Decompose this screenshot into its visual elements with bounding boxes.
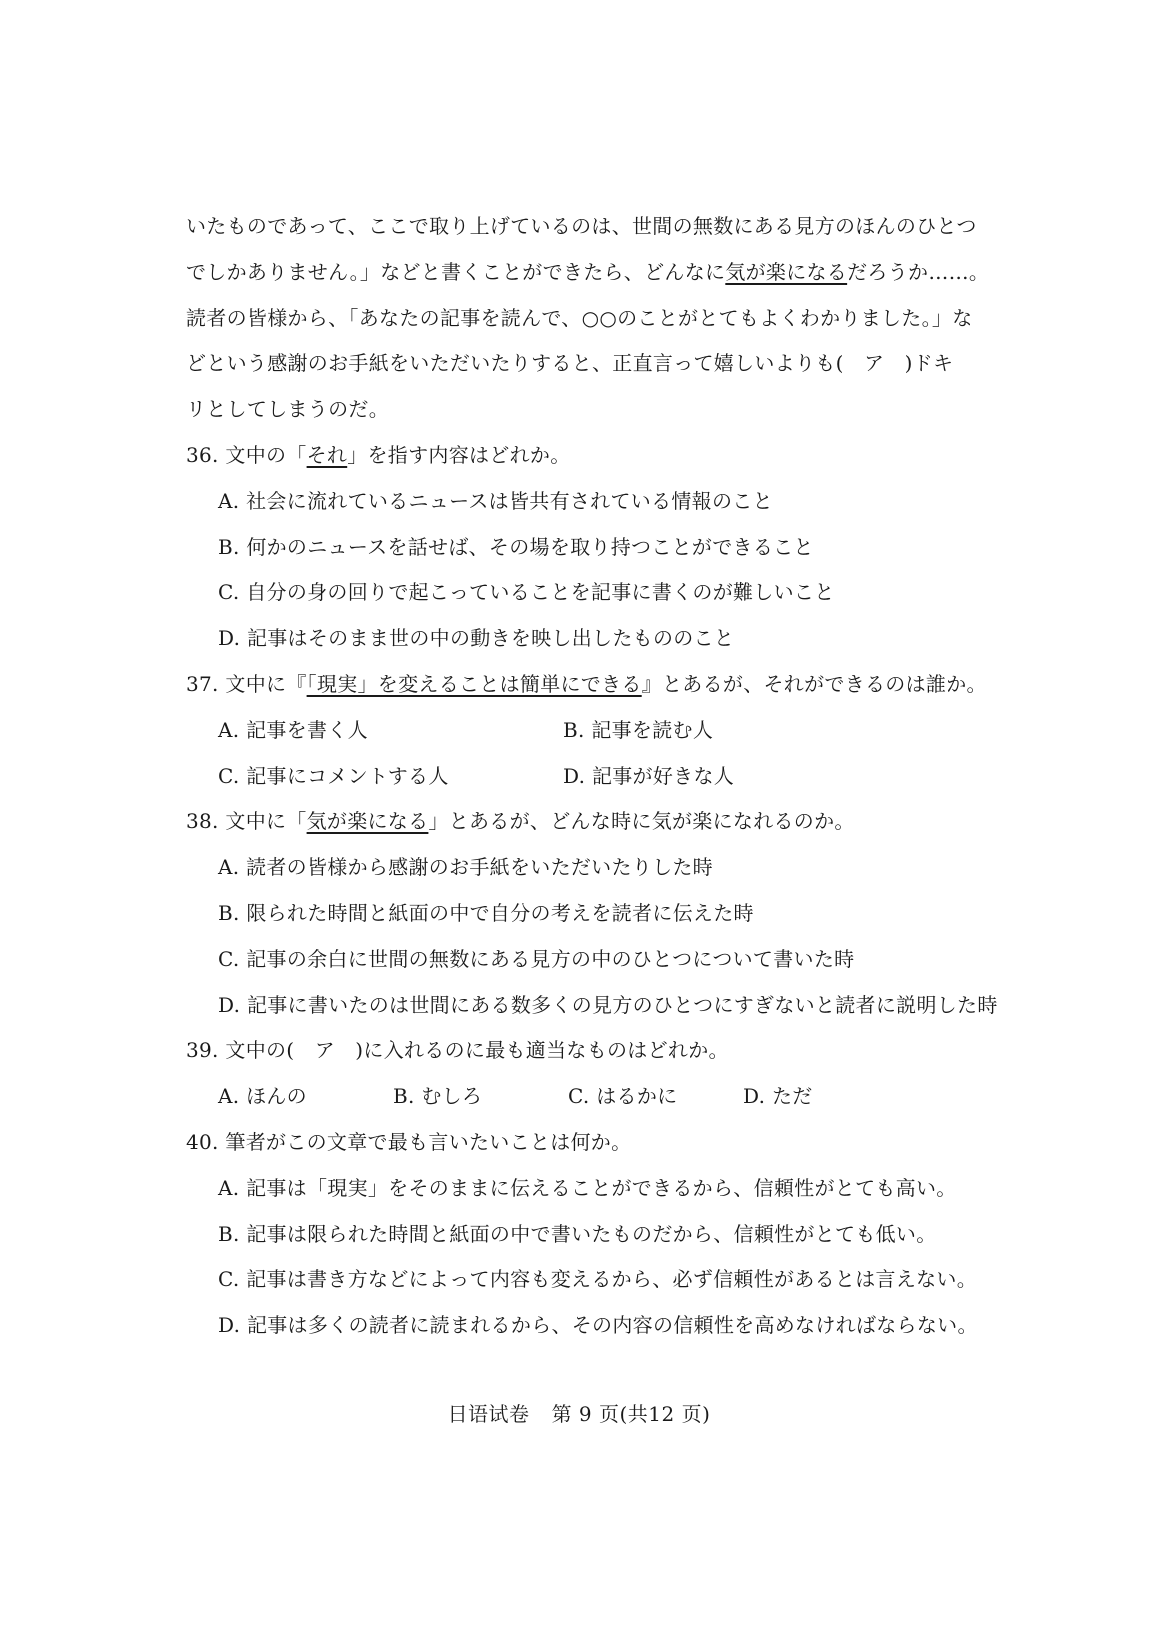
question-stem: 37. 文中に『「現実」を変えることは簡単にできる』とあるが、それができるのは誰… <box>186 662 976 708</box>
option-b[interactable]: B. 記事を読む人 <box>563 708 908 754</box>
option-label: B. <box>393 1084 415 1108</box>
option-text: 記事を読む人 <box>591 718 713 742</box>
stem-text: 』とあるが、それができるのは誰か。 <box>642 672 987 696</box>
question-number: 39. <box>186 1038 219 1062</box>
option-row: A. 記事を書く人 B. 記事を読む人 <box>186 708 976 754</box>
option-d[interactable]: D. 記事はそのまま世の中の動きを映し出したもののこと <box>186 616 976 662</box>
option-label: B. <box>218 1222 240 1246</box>
option-text: 記事が好きな人 <box>592 764 734 788</box>
option-label: C. <box>218 764 240 788</box>
option-b[interactable]: B. むしろ <box>393 1074 568 1120</box>
option-label: C. <box>218 947 240 971</box>
question-stem: 38. 文中に「気が楽になる」とあるが、どんな時に気が楽になれるのか。 <box>186 799 976 845</box>
question-number: 37. <box>186 672 219 696</box>
option-label: B. <box>218 901 240 925</box>
question-stem: 36. 文中の「それ」を指す内容はどれか。 <box>186 433 976 479</box>
passage-line: でしかありません。」などと書くことができたら、どんなに気が楽になるだろうか……。 <box>186 250 976 296</box>
option-text: はるかに <box>596 1084 677 1108</box>
option-text: 自分の身の回りで起こっていることを記事に書くのが難しいこと <box>246 580 834 604</box>
option-d[interactable]: D. 記事は多くの読者に読まれるから、その内容の信頼性を高めなければならない。 <box>186 1303 976 1349</box>
option-label: C. <box>218 1267 240 1291</box>
passage-line: リとしてしまうのだ。 <box>186 387 976 433</box>
underlined-phrase: それ <box>307 443 348 467</box>
option-label: A. <box>218 1084 239 1108</box>
option-a[interactable]: A. ほんの <box>218 1074 393 1120</box>
page-footer: 日语试卷第 9 页(共12 页) <box>0 1398 1158 1427</box>
stem-text: 筆者がこの文章で最も言いたいことは何か。 <box>225 1130 631 1154</box>
option-label: D. <box>218 626 240 650</box>
passage-line: どという感謝のお手紙をいただいたりすると、正直言って嬉しいよりも( ア )ドキ <box>186 341 976 387</box>
option-text: 記事を書く人 <box>246 718 368 742</box>
question-37: 37. 文中に『「現実」を変えることは簡単にできる』とあるが、それができるのは誰… <box>186 662 976 799</box>
passage-text: 読者の皆様から、「あなたの記事を読んで、○○のことがとてもよくわかりました。」な <box>186 306 973 330</box>
option-text: むしろ <box>421 1084 482 1108</box>
option-text: 記事は多くの読者に読まれるから、その内容の信頼性を高めなければならない。 <box>247 1313 978 1337</box>
option-label: D. <box>743 1084 765 1108</box>
question-number: 40. <box>186 1130 219 1154</box>
passage-text: いたものであって、ここで取り上げているのは、世間の無数にある見方のほんのひとつ <box>186 214 977 238</box>
option-text: 記事に書いたのは世間にある数多くの見方のひとつにすぎないと読者に説明した時 <box>247 993 998 1017</box>
option-text: 記事は限られた時間と紙面の中で書いたものだから、信頼性がとても低い。 <box>246 1222 936 1246</box>
option-label: A. <box>218 855 239 879</box>
option-c[interactable]: C. 記事の余白に世間の無数にある見方の中のひとつについて書いた時 <box>186 937 976 983</box>
option-text: 限られた時間と紙面の中で自分の考えを読者に伝えた時 <box>246 901 754 925</box>
option-text: 何かのニュースを話せば、その場を取り持つことができること <box>246 535 813 559</box>
question-number: 36. <box>186 443 219 467</box>
option-label: B. <box>218 535 240 559</box>
option-d[interactable]: D. 記事に書いたのは世間にある数多くの見方のひとつにすぎないと読者に説明した時 <box>186 983 976 1029</box>
option-c[interactable]: C. 記事にコメントする人 <box>218 754 563 800</box>
passage-line: 読者の皆様から、「あなたの記事を読んで、○○のことがとてもよくわかりました。」な <box>186 296 976 342</box>
reading-passage: いたものであって、ここで取り上げているのは、世間の無数にある見方のほんのひとつ … <box>186 204 976 433</box>
option-label: C. <box>218 580 240 604</box>
option-label: A. <box>218 718 239 742</box>
option-label: A. <box>218 1176 239 1200</box>
option-b[interactable]: B. 限られた時間と紙面の中で自分の考えを読者に伝えた時 <box>186 891 976 937</box>
passage-text: だろうか……。 <box>847 260 989 284</box>
option-a[interactable]: A. 社会に流れているニュースは皆共有されている情報のこと <box>186 479 976 525</box>
passage-text: でしかありません。」などと書くことができたら、どんなに <box>186 260 725 284</box>
question-38: 38. 文中に「気が楽になる」とあるが、どんな時に気が楽になれるのか。 A. 読… <box>186 799 976 1028</box>
option-label: D. <box>563 764 585 788</box>
option-text: 記事は書き方などによって内容も変えるから、必ず信頼性があるとは言えない。 <box>246 1267 977 1291</box>
question-36: 36. 文中の「それ」を指す内容はどれか。 A. 社会に流れているニュースは皆共… <box>186 433 976 662</box>
option-text: 記事は「現実」をそのままに伝えることができるから、信頼性がとても高い。 <box>246 1176 957 1200</box>
passage-text: リとしてしまうのだ。 <box>186 397 389 421</box>
option-text: ほんの <box>246 1084 307 1108</box>
question-39: 39. 文中の( ア )に入れるのに最も適当なものはどれか。 A. ほんの B.… <box>186 1028 976 1120</box>
option-a[interactable]: A. 記事を書く人 <box>218 708 563 754</box>
stem-text: 」とあるが、どんな時に気が楽になれるのか。 <box>428 809 854 833</box>
option-label: D. <box>218 1313 240 1337</box>
option-b[interactable]: B. 記事は限られた時間と紙面の中で書いたものだから、信頼性がとても低い。 <box>186 1212 976 1258</box>
option-c[interactable]: C. 自分の身の回りで起こっていることを記事に書くのが難しいこと <box>186 570 976 616</box>
option-text: ただ <box>772 1084 813 1108</box>
option-text: 記事の余白に世間の無数にある見方の中のひとつについて書いた時 <box>246 947 854 971</box>
question-40: 40. 筆者がこの文章で最も言いたいことは何か。 A. 記事は「現実」をそのまま… <box>186 1120 976 1349</box>
option-text: 記事はそのまま世の中の動きを映し出したもののこと <box>247 626 734 650</box>
stem-text: 文中に「 <box>225 809 306 833</box>
stem-text: 」を指す内容はどれか。 <box>347 443 570 467</box>
passage-line: いたものであって、ここで取り上げているのは、世間の無数にある見方のほんのひとつ <box>186 204 976 250</box>
question-stem: 39. 文中の( ア )に入れるのに最も適当なものはどれか。 <box>186 1028 976 1074</box>
option-d[interactable]: D. ただ <box>743 1074 918 1120</box>
exam-content: いたものであって、ここで取り上げているのは、世間の無数にある見方のほんのひとつ … <box>186 204 976 1349</box>
option-d[interactable]: D. 記事が好きな人 <box>563 754 908 800</box>
option-a[interactable]: A. 読者の皆様から感謝のお手紙をいただいたりした時 <box>186 845 976 891</box>
passage-text: どという感謝のお手紙をいただいたりすると、正直言って嬉しいよりも( ア )ドキ <box>186 351 953 375</box>
option-label: D. <box>218 993 240 1017</box>
option-c[interactable]: C. はるかに <box>568 1074 743 1120</box>
question-number: 38. <box>186 809 219 833</box>
option-label: B. <box>563 718 585 742</box>
option-a[interactable]: A. 記事は「現実」をそのままに伝えることができるから、信頼性がとても高い。 <box>186 1166 976 1212</box>
exam-subject: 日语试卷 <box>448 1402 530 1426</box>
option-row: A. ほんの B. むしろ C. はるかに D. ただ <box>186 1074 976 1120</box>
option-text: 社会に流れているニュースは皆共有されている情報のこと <box>246 489 773 513</box>
option-text: 読者の皆様から感謝のお手紙をいただいたりした時 <box>246 855 713 879</box>
exam-page: いたものであって、ここで取り上げているのは、世間の無数にある見方のほんのひとつ … <box>0 0 1158 1638</box>
underlined-phrase: 気が楽になる <box>307 809 429 833</box>
stem-text: 文中の( ア )に入れるのに最も適当なものはどれか。 <box>225 1038 728 1062</box>
page-number: 第 9 页(共12 页) <box>552 1402 711 1426</box>
option-b[interactable]: B. 何かのニュースを話せば、その場を取り持つことができること <box>186 525 976 571</box>
option-label: C. <box>568 1084 590 1108</box>
underlined-phrase: 気が楽になる <box>725 260 847 284</box>
stem-text: 文中に『 <box>225 672 306 696</box>
option-c[interactable]: C. 記事は書き方などによって内容も変えるから、必ず信頼性があるとは言えない。 <box>186 1257 976 1303</box>
option-text: 記事にコメントする人 <box>246 764 448 788</box>
question-stem: 40. 筆者がこの文章で最も言いたいことは何か。 <box>186 1120 976 1166</box>
underlined-phrase: 「現実」を変えることは簡単にできる <box>307 672 642 696</box>
stem-text: 文中の「 <box>225 443 306 467</box>
option-row: C. 記事にコメントする人 D. 記事が好きな人 <box>186 754 976 800</box>
option-label: A. <box>218 489 239 513</box>
